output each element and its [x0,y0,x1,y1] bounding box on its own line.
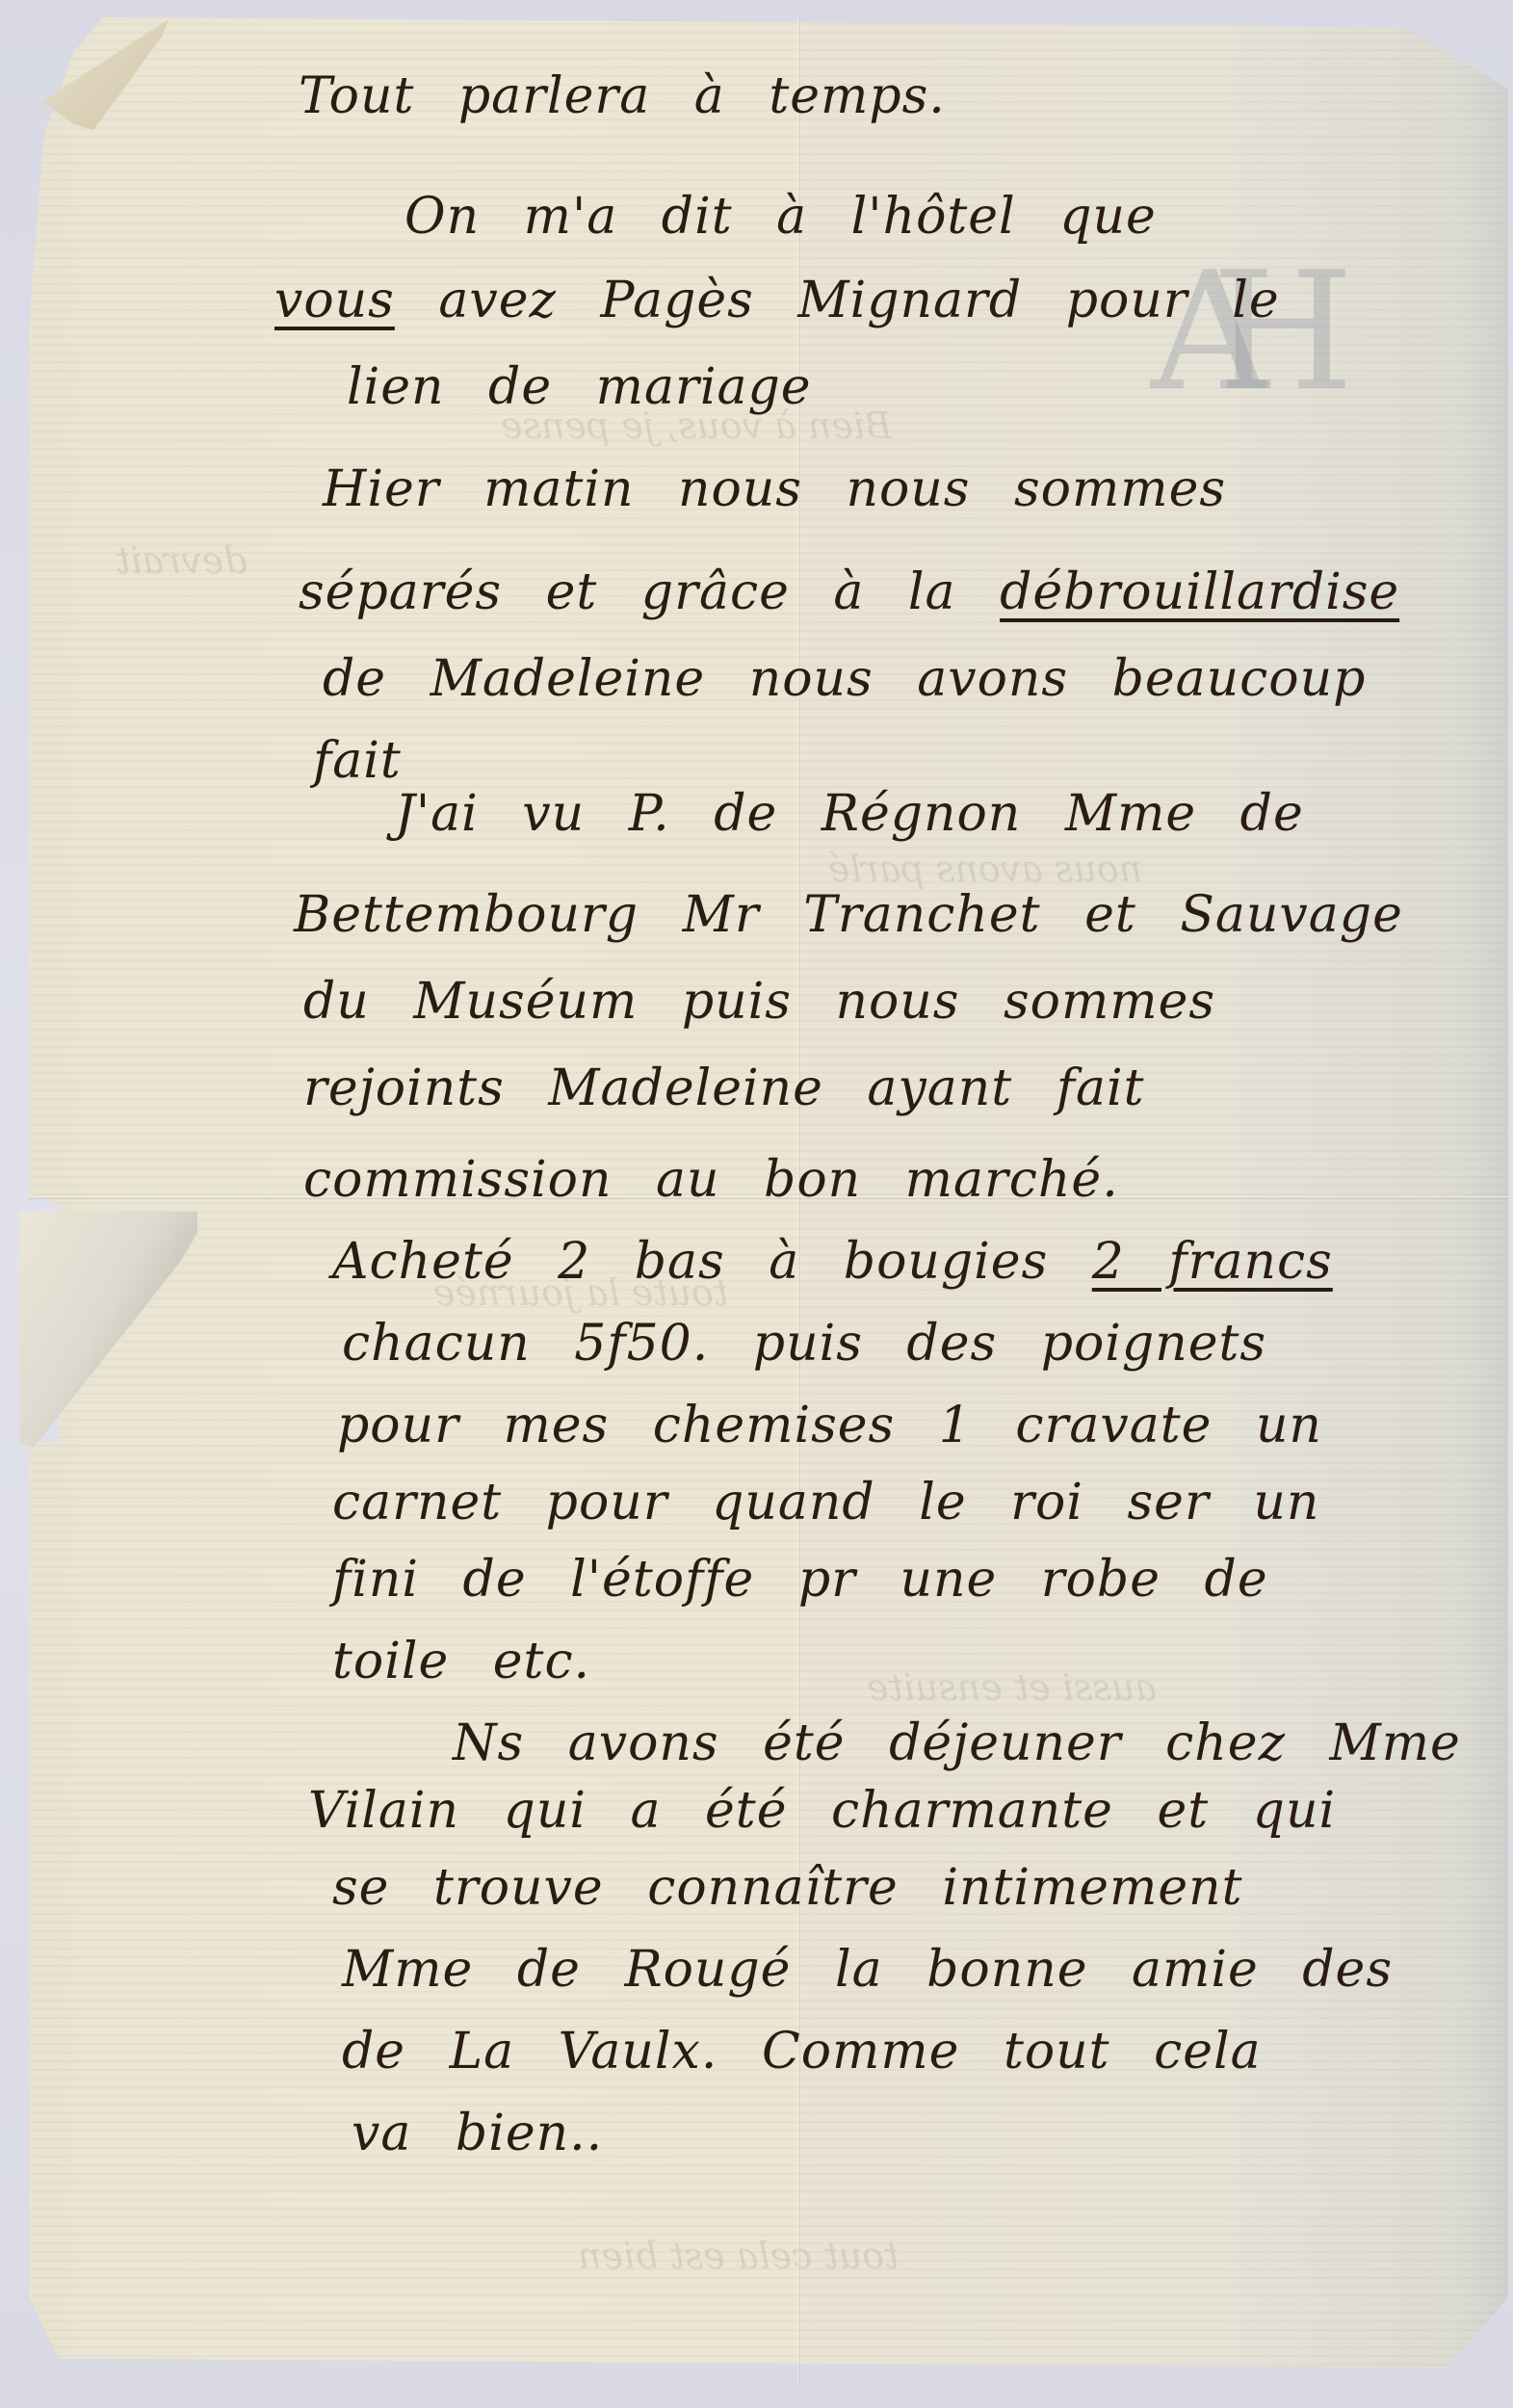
letter-line: J'ai vu P. de Régnon Mme de [395,785,1304,843]
handwritten-letter-body: Tout parlera à temps.On m'a dit à l'hôte… [0,0,1513,2408]
letter-line: Mme de Rougé la bonne amie des [342,1941,1393,1999]
letter-line: Ns avons été déjeuner chez Mme [453,1714,1461,1772]
underlined-word: vous [274,272,395,329]
letter-line: lien de mariage [347,358,812,416]
letter-line: Acheté 2 bas à bougies 2 francs [332,1233,1333,1291]
letter-line: va bien.. [352,2105,603,2162]
letter-line: de La Vaulx. Comme tout cela [342,2023,1262,2081]
letter-line: carnet pour quand le roi ser un [332,1474,1319,1531]
underlined-word: 2 francs [1092,1233,1333,1291]
letter-line: du Muséum puis nous sommes [303,973,1215,1031]
letter-line: pour mes chemises 1 cravate un [337,1397,1322,1454]
line-text: Acheté 2 bas à bougies [332,1233,1092,1291]
letter-line: toile etc. [332,1633,590,1690]
letter-line: vous avez Pagès Mignard pour le [274,272,1280,329]
letter-line: se trouve connaître intimement [332,1859,1243,1917]
letter-line: de Madeleine nous avons beaucoup [323,650,1366,708]
letter-line: Tout parlera à temps. [299,67,946,125]
underlined-word: débrouillardise [1000,563,1399,621]
letter-line: Hier matin nous nous sommes [323,460,1226,518]
letter-line: On m'a dit à l'hôtel que [404,188,1157,246]
line-text: avez Pagès Mignard pour le [395,272,1280,329]
line-text: séparés et grâce à la [299,563,1000,621]
letter-line: fait [313,732,402,790]
letter-line: séparés et grâce à la débrouillardise [299,563,1399,621]
letter-line: commission au bon marché. [303,1151,1119,1209]
letter-line: rejoints Madeleine ayant fait [303,1060,1145,1117]
letter-line: chacun 5f50. puis des poignets [342,1315,1266,1373]
letter-line: fini de l'étoffe pr une robe de [332,1551,1268,1609]
letter-line: Bettembourg Mr Tranchet et Sauvage [294,886,1403,944]
letter-line: Vilain qui a été charmante et qui [308,1782,1336,1840]
